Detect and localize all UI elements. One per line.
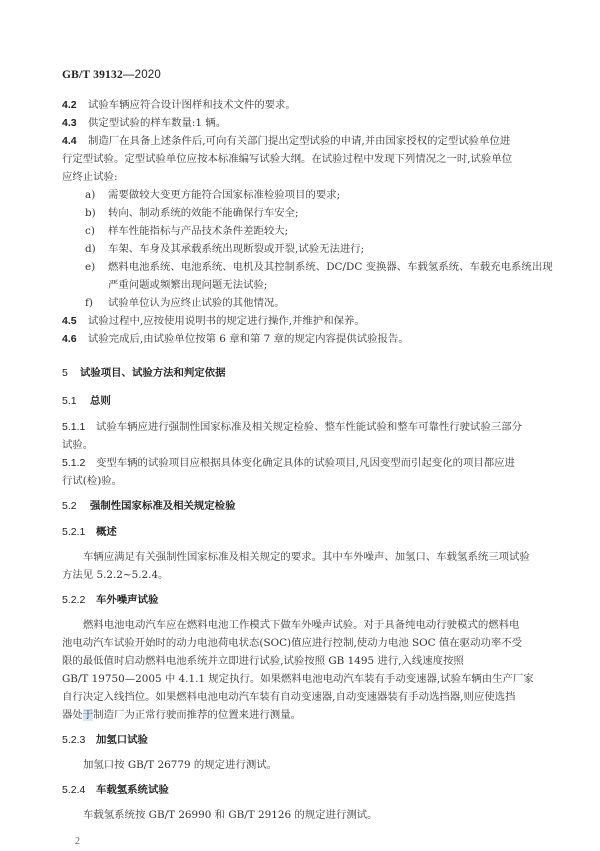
- subsection-title: 车外噪声试验: [96, 594, 158, 606]
- paragraph-5-2-1-line2: 方法见 5.2.2~5.2.4。: [62, 568, 168, 582]
- clause-4-4-line2: 行定型试验。定型试验单位应按本标准编写试验大纲。在试验过程中发现下列情况之一时,…: [62, 152, 512, 166]
- subsection-5-2-1-heading: 5.2.1概述: [62, 525, 117, 539]
- clause-4-3: 4.3供定型试验的样车数量:1 辆。: [62, 116, 226, 130]
- clause-4-4-line3: 应终止试验:: [62, 170, 117, 184]
- page-number: 2: [75, 836, 80, 847]
- clause-5-1-2-line1: 5.1.2变型车辆的试验项目应根据具体变化确定具体的试验项目,凡因变型而引起变化…: [62, 456, 515, 470]
- section-number: 5: [62, 366, 80, 380]
- paragraph-5-2-2-line1: 燃料电池电动汽车应在燃料电池工作模式下做车外噪声试验。对于具备纯电动行驶模式的燃…: [83, 618, 519, 632]
- paragraph-5-2-4: 车载氢系统按 GB/T 26990 和 GB/T 29126 的规定进行测试。: [83, 808, 378, 822]
- subsection-title: 加氢口试验: [96, 734, 148, 746]
- list-item-a: a)需要做较大变更方能符合国家标准检验项目的要求;: [85, 188, 340, 202]
- paragraph-5-2-2-line5: 自行决定入线挡位。如果燃料电池电动汽车装有自动变速器,自动变速器装有手动选挡器,…: [62, 690, 515, 704]
- paragraph-5-2-2-line2: 池电动汽车试验开始时的动力电池荷电状态(SOC)值应进行控制,使动力电池 SOC…: [62, 636, 522, 650]
- clause-number: 4.6: [62, 332, 88, 346]
- clause-number: 4.5: [62, 314, 88, 328]
- subsection-title: 强制性国家标准及相关规定检验: [90, 500, 235, 512]
- clause-number: 5.1.2: [62, 456, 96, 470]
- list-text: 试验单位认为应终止试验的其他情况。: [108, 297, 285, 309]
- paragraph-5-2-1-line1: 车辆应满足有关强制性国家标准及相关规定的要求。其中车外噪声、加氢口、车载氢系统三…: [83, 550, 530, 564]
- list-item-b: b)转向、制动系统的效能不能确保行车安全;: [85, 206, 299, 220]
- section-title: 试验项目、试验方法和判定依据: [80, 367, 225, 379]
- clause-number: 4.3: [62, 116, 88, 130]
- clause-4-4-line1: 4.4制造厂在具备上述条件后,可向有关部门提出定型试验的申请,并由国家授权的定型…: [62, 134, 510, 148]
- subsection-5-2-3-heading: 5.2.3加氢口试验: [62, 733, 148, 747]
- section-5-heading: 5试验项目、试验方法和判定依据: [62, 366, 225, 380]
- subsection-5-2-2-heading: 5.2.2车外噪声试验: [62, 593, 158, 607]
- standard-year: 2020: [135, 69, 161, 81]
- list-marker: b): [85, 206, 108, 220]
- list-item-c: c)样车性能指标与产品技术条件差距较大;: [85, 224, 288, 238]
- clause-text: 变型车辆的试验项目应根据具体变化确定具体的试验项目,凡因变型而引起变化的项目都应…: [96, 457, 515, 469]
- text-fragment: 制造厂为正常行驶而推荐的位置来进行测量。: [93, 709, 301, 721]
- standard-code: GB/T 39132: [62, 69, 123, 81]
- paragraph-5-2-2-line6: 器处于制造厂为正常行驶而推荐的位置来进行测量。: [62, 708, 301, 722]
- paragraph-5-2-2-line4: GB/T 19750—2005 中 4.1.1 规定执行。如果燃料电池电动汽车装…: [62, 672, 534, 686]
- subsection-number: 5.2: [62, 499, 90, 513]
- list-marker: a): [85, 188, 108, 202]
- subsection-number: 5.2.2: [62, 593, 96, 607]
- running-header: GB/T 39132—2020: [62, 69, 161, 81]
- subsection-number: 5.1: [62, 394, 90, 408]
- clause-4-5: 4.5试验过程中,应按使用说明书的规定进行操作,并维护和保养。: [62, 314, 365, 328]
- clause-text: 试验车辆应进行强制性国家标准及相关规定检验、整车性能试验和整车可靠性行驶试验三部…: [96, 421, 522, 433]
- clause-5-1-1-line2: 试验。: [62, 438, 93, 452]
- list-item-e: e)燃料电池系统、电池系统、电机及其控制系统、DC/DC 变换器、车载氢系统、车…: [85, 260, 553, 274]
- subsection-number: 5.2.3: [62, 733, 96, 747]
- clause-4-6: 4.6试验完成后,由试验单位按第 6 章和第 7 章的规定内容提供试验报告。: [62, 332, 409, 346]
- clause-number: 5.1.1: [62, 420, 96, 434]
- clause-5-1-2-line2: 行试(检)验。: [62, 474, 122, 488]
- paragraph-5-2-3: 加氢口按 GB/T 26779 的规定进行测试。: [83, 758, 277, 772]
- clause-text: 试验车辆应符合设计图样和技术文件的要求。: [88, 99, 296, 111]
- clause-text: 试验过程中,应按使用说明书的规定进行操作,并维护和保养。: [88, 315, 365, 327]
- header-separator: —: [123, 69, 135, 81]
- list-marker: c): [85, 224, 108, 238]
- list-text: 燃料电池系统、电池系统、电机及其控制系统、DC/DC 变换器、车载氢系统、车载充…: [108, 261, 553, 273]
- list-text: 转向、制动系统的效能不能确保行车安全;: [108, 207, 299, 219]
- list-text: 车架、车身及其承载系统出现断裂或开裂,试验无法进行;: [108, 243, 364, 255]
- list-item-f: f)试验单位认为应终止试验的其他情况。: [85, 296, 285, 310]
- list-marker: d): [85, 242, 108, 256]
- subsection-number: 5.2.4: [62, 783, 96, 797]
- clause-4-2: 4.2试验车辆应符合设计图样和技术文件的要求。: [62, 98, 296, 112]
- list-text: 需要做较大变更方能符合国家标准检验项目的要求;: [108, 189, 340, 201]
- clause-text: 制造厂在具备上述条件后,可向有关部门提出定型试验的申请,并由国家授权的定型试验单…: [88, 135, 510, 147]
- subsection-title: 概述: [96, 526, 117, 538]
- text-selection-highlight[interactable]: 于: [83, 709, 93, 721]
- clause-text: 供定型试验的样车数量:1 辆。: [88, 117, 226, 129]
- subsection-5-2-heading: 5.2强制性国家标准及相关规定检验: [62, 499, 235, 513]
- subsection-5-1-heading: 5.1总则: [62, 394, 111, 408]
- clause-number: 4.4: [62, 134, 88, 148]
- subsection-title: 总则: [90, 395, 111, 407]
- paragraph-5-2-2-line3: 限的最低值时启动燃料电池系统并立即进行试验,试验按照 GB 1495 进行,入线…: [62, 654, 464, 668]
- subsection-title: 车载氢系统试验: [96, 784, 169, 796]
- subsection-5-2-4-heading: 5.2.4车载氢系统试验: [62, 783, 169, 797]
- list-marker: f): [85, 296, 108, 310]
- text-fragment: 器处: [62, 709, 83, 721]
- list-text: 样车性能指标与产品技术条件差距较大;: [108, 225, 288, 237]
- clause-5-1-1-line1: 5.1.1试验车辆应进行强制性国家标准及相关规定检验、整车性能试验和整车可靠性行…: [62, 420, 522, 434]
- clause-text: 试验完成后,由试验单位按第 6 章和第 7 章的规定内容提供试验报告。: [88, 333, 409, 345]
- clause-number: 4.2: [62, 98, 88, 112]
- list-item-d: d)车架、车身及其承载系统出现断裂或开裂,试验无法进行;: [85, 242, 364, 256]
- list-item-e-continued: 严重问题或频繁出现问题无法试验;: [108, 278, 267, 292]
- subsection-number: 5.2.1: [62, 525, 96, 539]
- list-marker: e): [85, 260, 108, 274]
- document-page: GB/T 39132—2020 4.2试验车辆应符合设计图样和技术文件的要求。 …: [0, 0, 600, 851]
